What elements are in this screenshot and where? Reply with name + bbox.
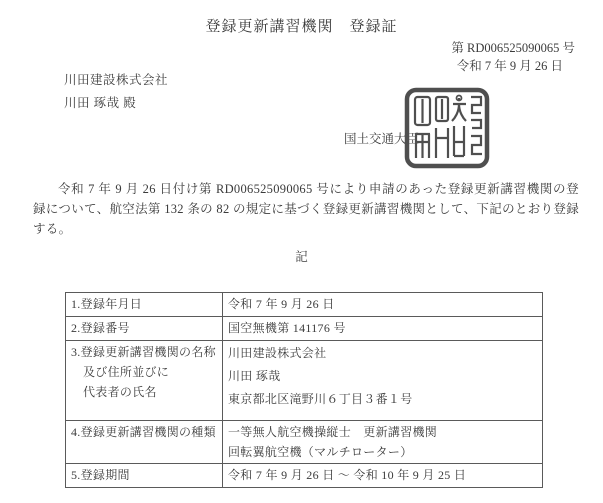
notation-marker: 記	[0, 247, 603, 265]
table-row: 5.登録期間 令和 7 年 9 月 26 日 ～ 令和 10 年 9 月 25 …	[66, 464, 543, 488]
row-value: 国空無機第 141176 号	[223, 317, 543, 341]
addressee-name: 川田 琢哉 殿	[64, 93, 136, 111]
table-row: 4.登録更新講習機関の種類 一等無人航空機操縦士 更新講習機関 回転翼航空機（マ…	[66, 421, 543, 464]
addressee-company: 川田建設株式会社	[64, 70, 168, 88]
row-value: 令和 7 年 9 月 26 日 ～ 令和 10 年 9 月 25 日	[223, 464, 543, 488]
row-value: 川田建設株式会社 川田 琢哉 東京都北区滝野川６丁目３番１号	[223, 341, 543, 421]
certificate-number: 第 RD006525090065 号	[451, 38, 575, 56]
issue-date: 令和 7 年 9 月 26 日	[457, 56, 563, 74]
registration-table: 1.登録年月日 令和 7 年 9 月 26 日 2.登録番号 国空無機第 141…	[65, 292, 543, 488]
row-label: 5.登録期間	[66, 464, 223, 488]
row-value: 一等無人航空機操縦士 更新講習機関 回転翼航空機（マルチローター）	[223, 421, 543, 464]
row-value: 令和 7 年 9 月 26 日	[223, 293, 543, 317]
table-row: 3.登録更新講習機関の名称 及び住所並びに 代表者の氏名 川田建設株式会社 川田…	[66, 341, 543, 421]
minister-seal-icon	[403, 86, 491, 170]
body-paragraph: 令和 7 年 9 月 26 日付け第 RD006525090065 号により申請…	[33, 179, 579, 239]
certificate-document: 登録更新講習機関 登録証 第 RD006525090065 号 令和 7 年 9…	[0, 0, 603, 503]
table-row: 2.登録番号 国空無機第 141176 号	[66, 317, 543, 341]
row-label: 3.登録更新講習機関の名称 及び住所並びに 代表者の氏名	[66, 341, 223, 421]
row-label: 4.登録更新講習機関の種類	[66, 421, 223, 464]
row-label: 1.登録年月日	[66, 293, 223, 317]
row-label: 2.登録番号	[66, 317, 223, 341]
table-row: 1.登録年月日 令和 7 年 9 月 26 日	[66, 293, 543, 317]
document-title: 登録更新講習機関 登録証	[0, 15, 603, 36]
